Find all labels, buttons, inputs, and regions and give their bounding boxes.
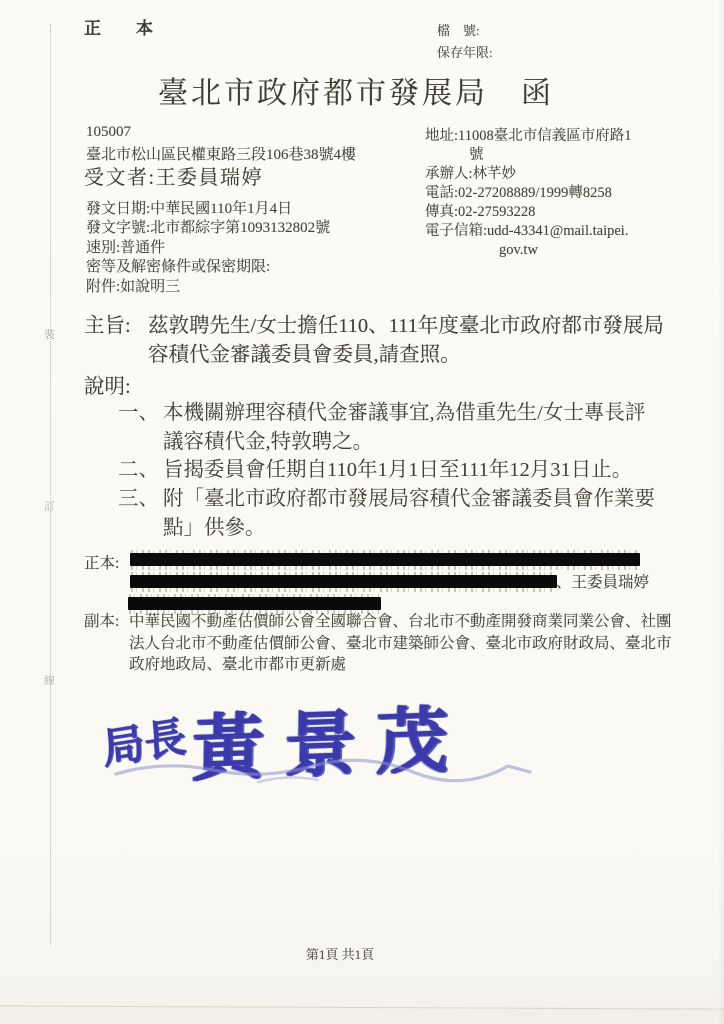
redaction-bar-3 (128, 597, 381, 610)
description-item-2: 二、 旨揭委員會任期自110年1月1日至111年12月31日止。 (118, 456, 632, 485)
item2-line1: 旨揭委員會任期自110年1月1日至111年12月31日止。 (163, 456, 632, 485)
sender-email-line2: gov.tw (425, 241, 632, 260)
subject-block: 主旨: 茲敦聘先生/女士擔任110、111年度臺北市政府都市發展局 容積代金審議… (84, 312, 664, 369)
carbon-line1: 中華民國不動產估價師公會全國聯合會、台北市不動產開發商業同業公會、社團 (129, 611, 672, 633)
item3-line1: 附「臺北市政府都市發展局容積代金審議委員會作業要 (163, 485, 655, 514)
item2-number: 二、 (118, 456, 163, 485)
original-copies-label: 正本: (84, 551, 119, 573)
sender-email-line1: 電子信箱:udd-43341@mail.taipei. (425, 222, 632, 241)
file-number-label: 檔 號: (437, 20, 493, 42)
sender-address-line1: 地址:11008臺北市信義區市府路1 (425, 127, 632, 146)
sender-contact-person: 承辦人:林芊妙 (425, 165, 632, 184)
recipient-zip: 105007 (86, 124, 131, 141)
item1-number: 一、 (118, 399, 163, 456)
item3-number: 三、 (118, 485, 163, 542)
redaction-bar-2 (130, 575, 557, 588)
binding-mark-zhuang: 裝 (44, 326, 55, 342)
item1-line1: 本機關辦理容積代金審議事宜,為借重先生/女士專長評 (163, 399, 645, 428)
page-number-footer: 第1頁 共1頁 (0, 944, 702, 963)
sender-contact-block: 地址:11008臺北市信義區市府路1 號 承辦人:林芊妙 電話:02-27208… (425, 127, 632, 260)
delivery-speed: 速別:普通件 (86, 239, 330, 258)
carbon-line2: 法人台北市不動產估價師公會、臺北市建築師公會、臺北市政府財政局、臺北市 (129, 633, 672, 655)
sender-phone: 電話:02-27208889/1999轉8258 (425, 184, 632, 203)
binding-dotted-line (50, 24, 51, 946)
sender-fax: 傳真:02-27593228 (425, 203, 632, 222)
carbon-line3: 政府地政局、臺北市都市更新處 (129, 654, 346, 676)
redaction-bar-1 (130, 553, 640, 566)
subject-label: 主旨: (84, 312, 148, 341)
signature-underline-flourish (108, 752, 538, 792)
description-label: 說明: (84, 369, 131, 399)
subject-line2: 容積代金審議委員會委員,請查照。 (148, 341, 461, 370)
file-number-block: 檔 號: 保存年限: (437, 20, 493, 64)
subject-line1: 茲敦聘先生/女士擔任110、111年度臺北市政府都市發展局 (148, 312, 664, 341)
binding-mark-xian: 線 (44, 672, 55, 688)
retention-period-label: 保存年限: (437, 42, 493, 64)
scan-right-edge-shadow (718, 0, 724, 1024)
item3-line2: 點」供參。 (163, 514, 655, 543)
issue-ref-number: 發文字號:北市都綜字第1093132802號 (86, 219, 330, 238)
description-item-1: 一、 本機關辦理容積代金審議事宜,為借重先生/女士專長評 議容積代金,特敦聘之。 (118, 399, 645, 456)
issuance-meta-block: 發文日期:中華民國110年1月4日 發文字號:北市都綜字第1093132802號… (86, 200, 330, 297)
sender-address-line2: 號 (425, 146, 632, 165)
copy-type-label: 正 本 (84, 14, 162, 39)
binding-mark-ding: 訂 (44, 498, 55, 514)
scan-bottom-edge (0, 1005, 724, 1024)
description-item-3: 三、 附「臺北市政府都市發展局容積代金審議委員會作業要 點」供參。 (118, 485, 655, 542)
security-classification: 密等及解密條件或保密期限: (86, 258, 330, 277)
scanned-official-letter: 裝 訂 線 正 本 檔 號: 保存年限: 臺北市政府都市發展局 函 105007… (0, 0, 724, 1024)
item1-line2: 議容積代金,特敦聘之。 (163, 428, 645, 457)
carbon-copies-label: 副本: (84, 611, 129, 633)
document-title: 臺北市政府都市發展局 函 (0, 68, 718, 112)
attachment-note: 附件:如說明三 (86, 278, 330, 297)
original-visible-recipient: 、王委員瑞婷 (556, 570, 649, 592)
issue-date: 發文日期:中華民國110年1月4日 (86, 200, 330, 219)
carbon-copies-block: 副本: 中華民國不動產估價師公會全國聯合會、台北市不動產開發商業同業公會、社團 … (84, 611, 672, 676)
recipient-line: 受文者:王委員瑞婷 (84, 161, 263, 190)
